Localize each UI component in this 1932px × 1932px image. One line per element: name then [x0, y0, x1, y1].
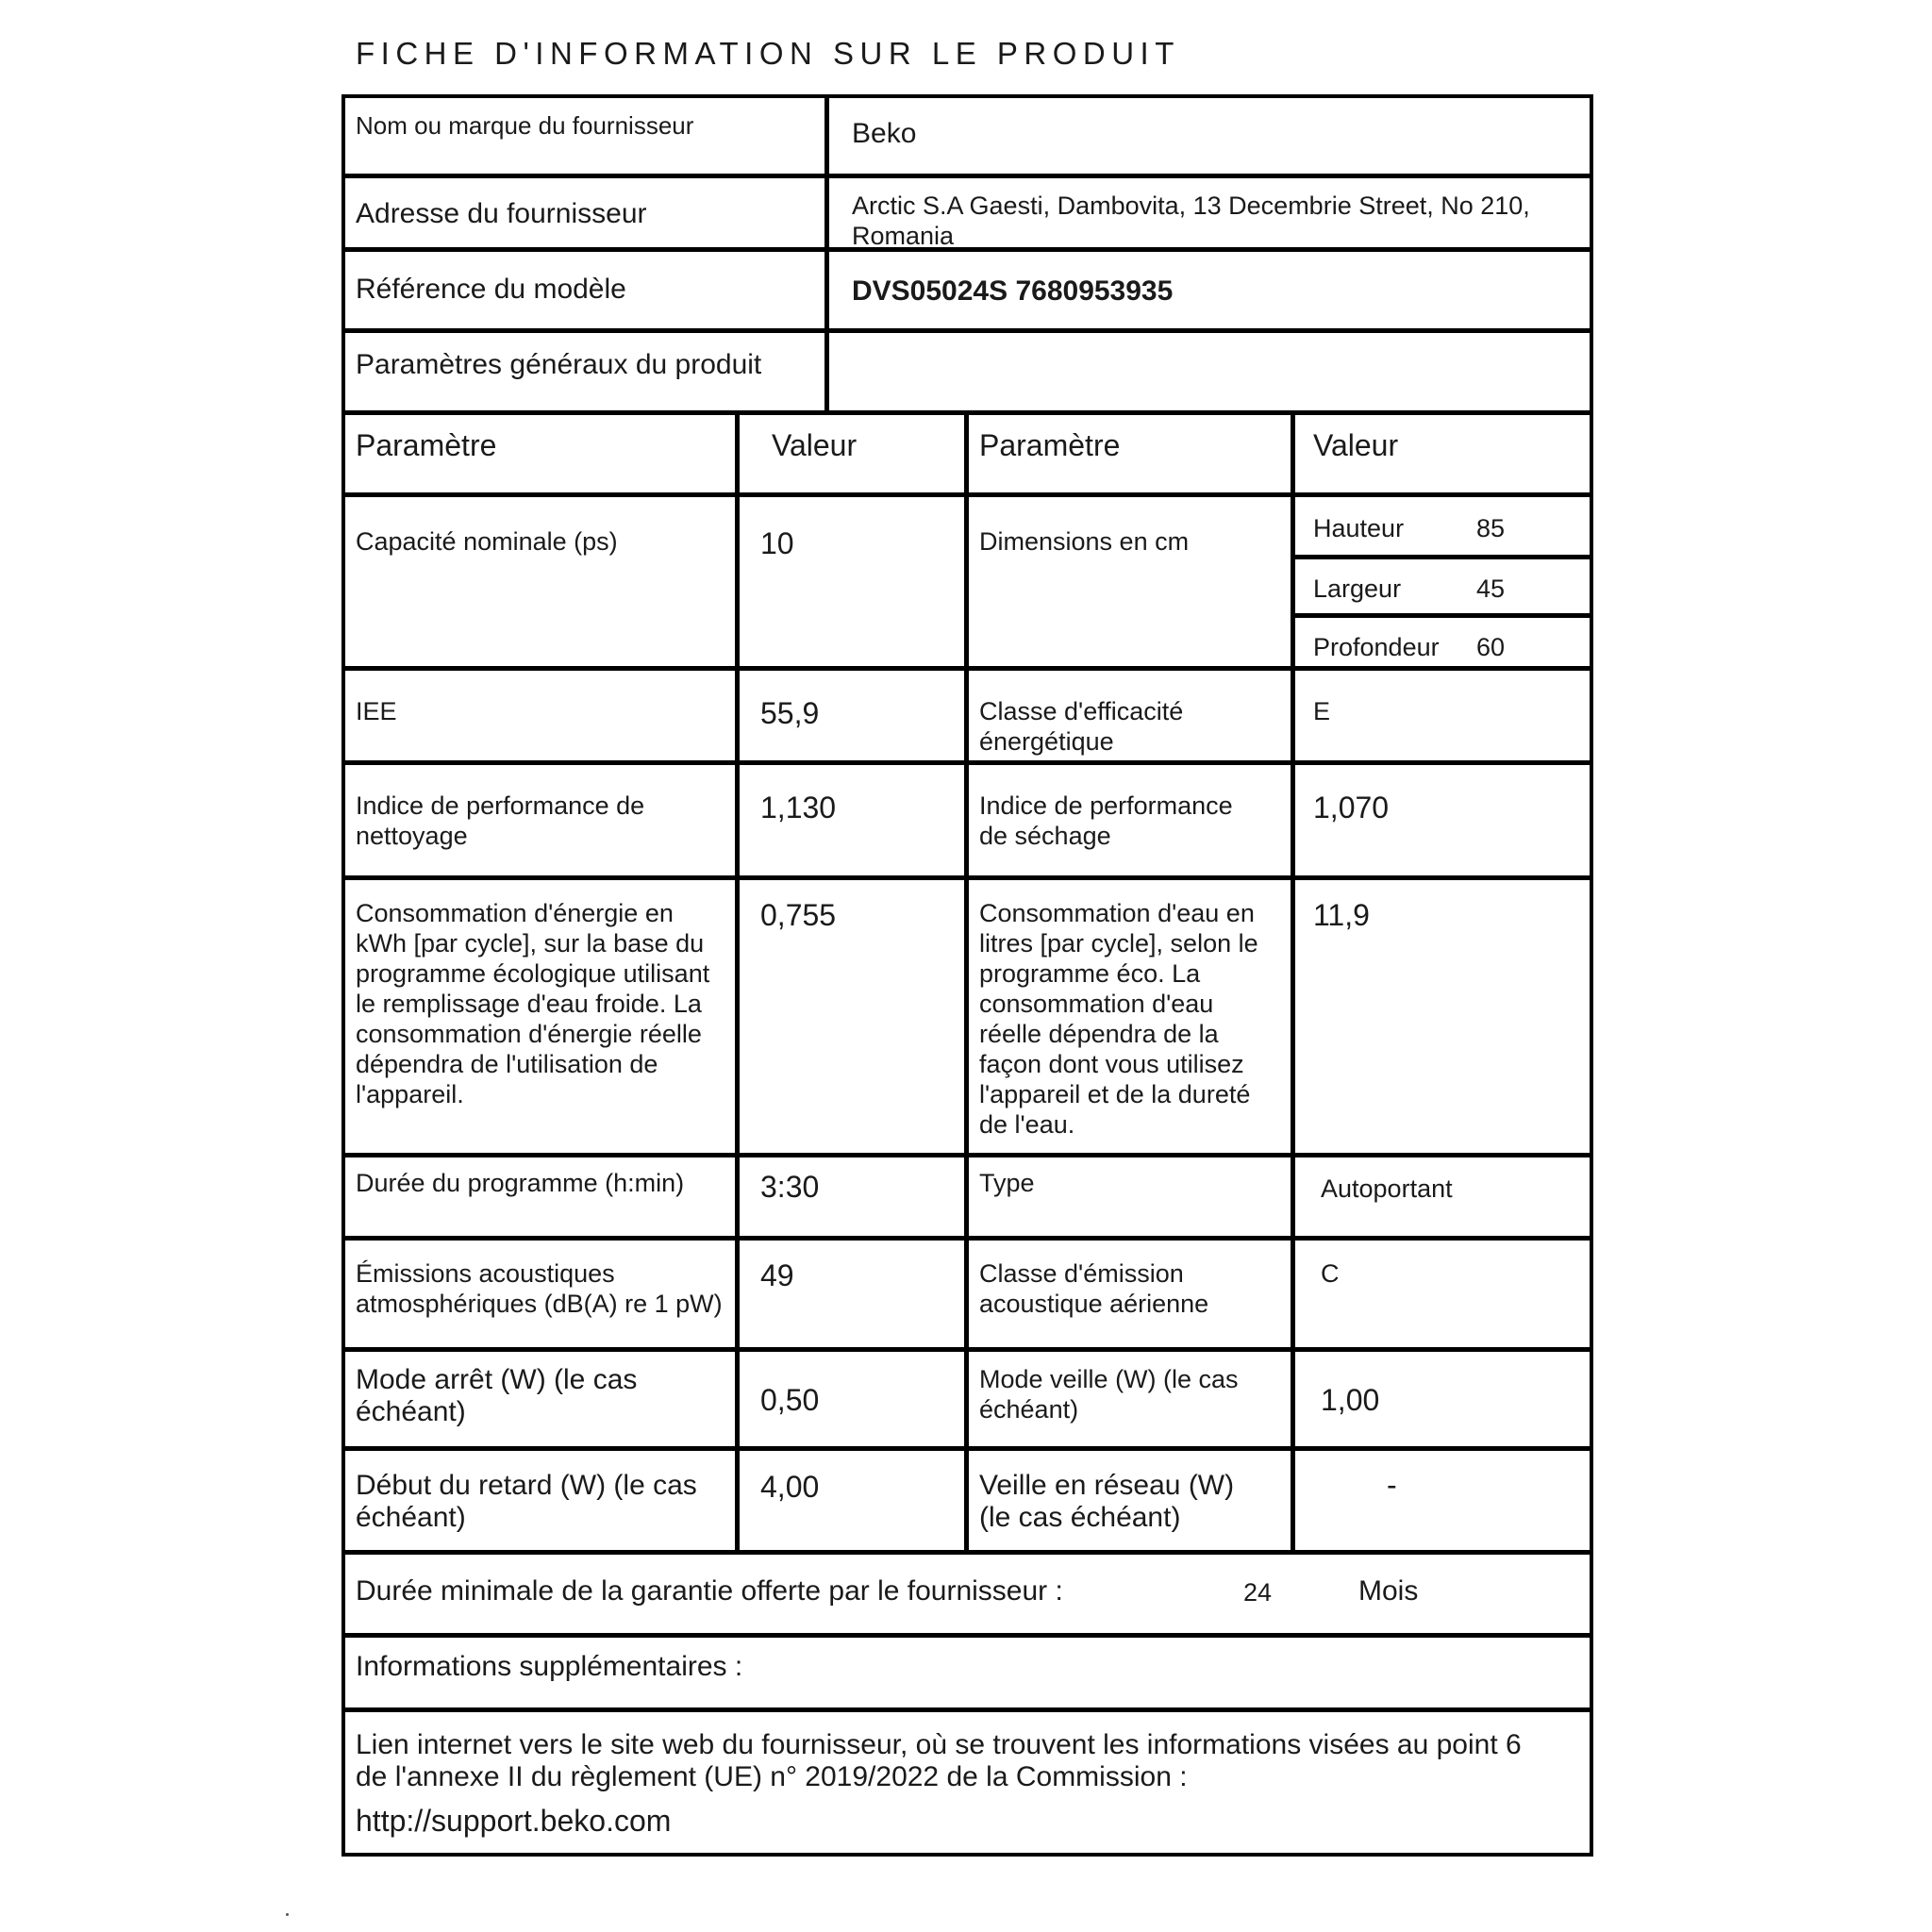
acoustic-class-value: C	[1321, 1258, 1340, 1289]
website-description: Lien internet vers le site web du fourni…	[356, 1729, 1522, 1793]
product-info-sheet: Nom ou marque du fournisseur Beko Adress…	[341, 94, 1593, 1857]
column-divider	[824, 94, 829, 413]
supplier-address-label: Adresse du fournisseur	[356, 198, 647, 230]
column-divider	[735, 410, 740, 1553]
delay-start-value: 4,00	[760, 1470, 819, 1504]
cleaning-index-label: Indice de performance de nettoyage	[356, 791, 644, 851]
model-reference-label: Référence du modèle	[356, 274, 626, 306]
program-duration-label: Durée du programme (h:min)	[356, 1168, 684, 1198]
warranty-value: 24	[1243, 1577, 1272, 1607]
off-mode-value: 0,50	[760, 1383, 819, 1417]
energy-class-label: Classe d'efficacité énergétique	[979, 696, 1183, 757]
networked-standby-value: -	[1387, 1468, 1397, 1502]
delay-start-label: Début du retard (W) (le cas échéant)	[356, 1470, 697, 1534]
additional-info-label: Informations supplémentaires :	[356, 1651, 742, 1683]
capacity-value: 10	[760, 526, 794, 560]
row-divider	[341, 328, 1593, 333]
iee-value: 55,9	[760, 696, 819, 730]
row-divider	[341, 174, 1593, 178]
dimension-width-label: Largeur	[1313, 574, 1401, 604]
supplier-name-label: Nom ou marque du fournisseur	[356, 110, 693, 141]
header-value-2: Valeur	[1313, 428, 1398, 462]
standby-mode-label: Mode veille (W) (le cas échéant)	[979, 1364, 1239, 1424]
model-reference-value: DVS05024S 7680953935	[852, 275, 1173, 308]
column-divider	[1291, 410, 1295, 1553]
water-consumption-label: Consommation d'eau en litres [par cycle]…	[979, 898, 1258, 1140]
dimension-divider	[1294, 555, 1593, 559]
header-value-1: Valeur	[772, 428, 857, 462]
standby-mode-value: 1,00	[1321, 1383, 1379, 1417]
header-param-2: Paramètre	[979, 428, 1120, 462]
drying-index-value: 1,070	[1313, 791, 1389, 824]
iee-label: IEE	[356, 696, 397, 726]
row-divider	[341, 1707, 1593, 1712]
networked-standby-label: Veille en réseau (W) (le cas échéant)	[979, 1470, 1234, 1534]
off-mode-label: Mode arrêt (W) (le cas échéant)	[356, 1364, 637, 1428]
water-consumption-value: 11,9	[1313, 898, 1370, 932]
warranty-label: Durée minimale de la garantie offerte pa…	[356, 1575, 1063, 1607]
support-website-link[interactable]: http://support.beko.com	[356, 1804, 671, 1838]
header-param-1: Paramètre	[356, 428, 496, 462]
dimensions-label: Dimensions en cm	[979, 526, 1189, 557]
drying-index-label: Indice de performance de séchage	[979, 791, 1233, 851]
acoustic-emissions-label: Émissions acoustiques atmosphériques (dB…	[356, 1258, 723, 1319]
cleaning-index-value: 1,130	[760, 791, 836, 824]
energy-consumption-value: 0,755	[760, 898, 836, 932]
stray-mark	[286, 1913, 289, 1916]
column-divider	[964, 410, 969, 1553]
supplier-address-value: Arctic S.A Gaesti, Dambovita, 13 Decembr…	[852, 191, 1530, 251]
acoustic-class-label: Classe d'émission acoustique aérienne	[979, 1258, 1208, 1319]
supplier-name-value: Beko	[852, 118, 916, 150]
dimension-height-label: Hauteur	[1313, 513, 1404, 543]
type-label: Type	[979, 1168, 1035, 1198]
dimension-height-value: 85	[1476, 513, 1505, 543]
dimension-width-value: 45	[1476, 574, 1505, 604]
dimension-depth-value: 60	[1476, 632, 1505, 662]
row-divider	[341, 1633, 1593, 1638]
warranty-unit: Mois	[1358, 1575, 1418, 1607]
general-params-label: Paramètres généraux du produit	[356, 349, 761, 381]
capacity-label: Capacité nominale (ps)	[356, 526, 618, 557]
type-value: Autoportant	[1321, 1174, 1453, 1204]
document-title: FICHE D'INFORMATION SUR LE PRODUIT	[356, 36, 1180, 72]
dimension-depth-label: Profondeur	[1313, 632, 1440, 662]
acoustic-emissions-value: 49	[760, 1258, 794, 1292]
energy-class-value: E	[1313, 696, 1330, 726]
energy-consumption-label: Consommation d'énergie en kWh [par cycle…	[356, 898, 709, 1109]
program-duration-value: 3:30	[760, 1170, 819, 1204]
dimension-divider	[1294, 613, 1593, 618]
